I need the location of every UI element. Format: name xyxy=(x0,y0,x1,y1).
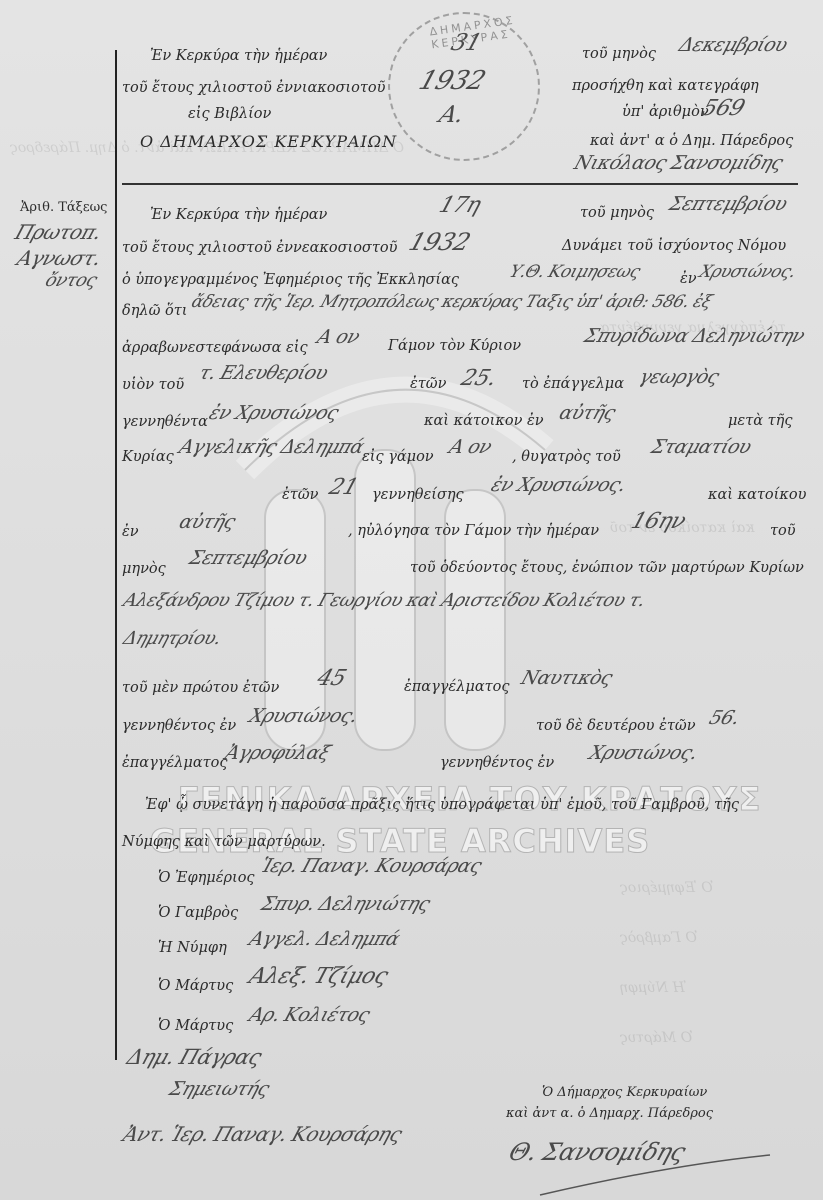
header-line1-right: τοῦ μηνὸς xyxy=(582,46,656,62)
extra-signature-2-hw: Σημειωτής xyxy=(166,1078,271,1100)
body-daughter-of: , θυγατρὸς τοῦ xyxy=(512,449,621,465)
signature-bride-hw: Αγγελ. Δελημπά xyxy=(246,928,402,950)
body-bride-residence-hw: αὐτῆς xyxy=(176,511,238,533)
header-mayor-title: Ο ΔΗΜΑΡΧΟΣ ΚΕΡΚΥΡΑΙΩΝ xyxy=(140,132,397,151)
body-closing-statement: Ἐφ' ᾧ συνετάγη ἡ παροῦσα πρᾶξις ἥτις ὑπο… xyxy=(145,797,739,813)
body-son-of: υἱὸν τοῦ xyxy=(122,377,184,393)
header-line4-right: καὶ ἀντ' α ὁ Δημ. Πάρεδρος xyxy=(590,133,793,149)
body-born-label: γεννηθέντα xyxy=(122,414,208,430)
body-closing-statement-2: Νύμφης καὶ τῶν μαρτύρων. xyxy=(122,834,326,850)
header-line3-right: ὑπ' ἀριθμὸν xyxy=(622,104,709,120)
footer-signature-flourish xyxy=(520,1150,780,1200)
signature-label-groom: Ὁ Γαμβρὸς xyxy=(158,905,238,921)
header-line1-left: Ἐν Κερκύρα τὴν ἡμέραν xyxy=(150,48,327,64)
body-license-hw: ἄδειας τῆς Ἱερ. Μητροπόλεως κερκύρας Ταξ… xyxy=(189,292,715,312)
body-bride-hw: Αγγελικῆς Δελημπά xyxy=(176,436,366,458)
body-wedding-day-hw: 16ην xyxy=(628,509,689,534)
body-born-f-label: γεννηθείσης xyxy=(372,487,464,503)
body-groom-label: Γάμον τὸν Κύριον xyxy=(388,338,521,354)
signature-label-witness-2: Ὁ Μάρτυς xyxy=(158,1018,233,1034)
body-second-witness-birthplace-hw: Χρυσιώνος. xyxy=(586,742,700,764)
body-in-label: ἐν xyxy=(122,524,139,540)
body-first-witness-birthplace-hw: Χρυσιώνος. xyxy=(246,705,360,727)
bleed-through-text: Ὁ Μάρτυς xyxy=(620,1030,693,1046)
extra-signature-1-hw: Δημ. Πάγρας xyxy=(124,1045,264,1069)
body-wedding-month-hw: Σεπτεμβρίου xyxy=(186,547,309,569)
extra-signature-3-hw: Ἀντ. Ἱερ. Παναγ. Κουρσάρης xyxy=(120,1122,405,1146)
margin-note-line2: Αγνωστ. xyxy=(14,246,104,270)
body-first-witness-years-label: τοῦ μὲν πρώτου ἐτῶν xyxy=(122,680,279,696)
body-witnesses-intro: τοῦ ὁδεύοντος ἔτους, ἐνώπιον τῶν μαρτύρω… xyxy=(410,560,804,576)
bleed-through-text: Ὁ Γαμβρὸς xyxy=(620,930,697,946)
body-groom-profession-hw: γεωργὸς xyxy=(636,366,721,388)
header-line2-left: τοῦ ἔτους χιλιοστοῦ ἐννιακοσιοτοῦ xyxy=(122,80,385,96)
body-law: Δυνάμει τοῦ ἰσχύοντος Νόμου xyxy=(562,238,786,254)
footer-deputy-title: καὶ ἀντ α. ὁ Δημαρχ. Πάρεδρος xyxy=(506,1106,713,1121)
body-crowned: ἀρραβωνεστεφάνωσα εἰς xyxy=(122,340,308,356)
body-bride-father-hw: Σταματίου xyxy=(648,436,754,458)
body-residence-label: καὶ κάτοικον ἐν xyxy=(424,413,544,429)
header-separator xyxy=(122,183,798,185)
body-groom-birthplace-hw: ἐν Χρυσιώνος xyxy=(206,402,341,424)
body-year-hw: 1932 xyxy=(405,228,473,256)
margin-note-line1: Πρωτοπ. xyxy=(12,220,104,244)
body-groom-father-hw: τ. Ελευθερίου xyxy=(196,362,330,384)
body-second-witness-profession-hw: Ἀγροφύλαξ xyxy=(222,742,333,764)
body-church-place-hw: Χρυσιώνος. xyxy=(697,262,799,282)
body-en: ἐν xyxy=(680,271,697,287)
body-with-label: μετὰ τῆς xyxy=(728,413,792,429)
body-first-witness-profession-label: ἐπαγγέλματος xyxy=(404,679,510,695)
body-groom-hw: Σπυρίδωνα Δεληνιώτην xyxy=(581,325,807,347)
header-signature-hw: Νικόλαος Σανσομίδης xyxy=(571,152,785,174)
signature-groom-hw: Σπυρ. Δεληνιώτης xyxy=(258,893,432,915)
signature-priest-hw: Ἱερ. Παναγ. Κουρσάρας xyxy=(258,855,484,877)
signature-witness-1-hw: Αλεξ. Τζίμος xyxy=(246,964,391,989)
bleed-through-text: Ὁ Ἐφημέριος xyxy=(620,880,713,896)
signature-witness-2-hw: Αρ. Κολιέτος xyxy=(246,1004,372,1026)
body-first-witness-profession-hw: Ναυτικὸς xyxy=(518,667,615,689)
body-first-witness-born-label: γεννηθέντος ἐν xyxy=(122,718,236,734)
margin-note-line3: ὄντος xyxy=(43,270,100,291)
body-bride-marriage-label: εἰς γάμον xyxy=(362,449,434,465)
body-bride-years-label: ἐτῶν xyxy=(282,487,318,503)
body-groom-years-label: ἐτῶν xyxy=(410,376,446,392)
signature-label-priest: Ὁ Ἐφημέριος xyxy=(158,870,255,886)
body-bride-marriage-number-hw: Α ον xyxy=(446,436,494,458)
header-number-hw: 569 xyxy=(699,96,748,121)
body-resident-f-label: καὶ κατοίκου xyxy=(708,487,806,503)
header-line3-left: εἰς Βιβλίον xyxy=(188,106,271,122)
signature-label-witness-1: Ὁ Μάρτυς xyxy=(158,978,233,994)
body-witnesses-hw-1: Αλεξάνδρου Τζίμου τ. Γεωργίου καὶ Αριστε… xyxy=(121,590,648,611)
body-witnesses-hw-2: Δημητρίου. xyxy=(121,628,224,649)
body-year-label: τοῦ ἔτους χιλιοστοῦ ἐννεακοσιοστοῦ xyxy=(122,240,397,256)
margin-order-number-label: Ἀριθ. Τάξεως xyxy=(20,200,107,215)
bleed-through-text: Ἡ Νύμφη xyxy=(620,980,686,996)
body-second-witness-years-label: τοῦ δὲ δευτέρου ἐτῶν xyxy=(536,718,696,734)
body-place-day: Ἐν Κερκύρα τὴν ἡμέραν xyxy=(150,207,327,223)
body-second-witness-profession-label: ἐπαγγέλματος xyxy=(122,755,228,771)
body-month-label-2: μηνὸς xyxy=(122,561,166,577)
header-month-hw: Δεκεμβρίου xyxy=(676,34,790,56)
body-miss-label: Κυρίας xyxy=(122,449,174,465)
header-line2-right: προσήχθη καὶ κατεγράφη xyxy=(572,78,759,94)
body-blessed-label: , ηὐλόγησα τὸν Γάμον τὴν ἡμέραν xyxy=(348,523,599,539)
frame-left-border xyxy=(115,50,117,1060)
body-bride-birthplace-hw: ἐν Χρυσιώνος. xyxy=(488,474,628,496)
body-priest-label: ὁ ὑπογεγραμμένος Ἐφημέριος τῆς Ἐκκλησίας xyxy=(122,272,459,288)
body-month-hw: Σεπτεμβρίου xyxy=(666,193,789,215)
footer-mayor-title: Ὁ Δήμαρχος Κερκυραίων xyxy=(542,1085,707,1100)
signature-label-bride: Ἡ Νύμφη xyxy=(158,940,227,956)
body-second-witness-born-label: γεννηθέντος ἐν xyxy=(440,755,554,771)
body-church-hw: Υ.Θ. Κοιμησεως xyxy=(507,262,643,282)
body-marriage-number-hw: Α ον xyxy=(314,326,362,348)
body-day-hw: 17η xyxy=(436,193,484,218)
body-groom-residence-hw: αὐτῆς xyxy=(556,402,618,424)
body-groom-profession-label: τὸ ἐπάγγελμα xyxy=(522,376,624,392)
body-declare: δηλῶ ὅτι xyxy=(122,303,187,319)
body-of-label: τοῦ xyxy=(770,523,796,539)
body-month-label: τοῦ μηνὸς xyxy=(580,205,654,221)
body-second-witness-age-hw: 56. xyxy=(706,707,742,729)
stamp-year: 1932 xyxy=(415,66,489,96)
